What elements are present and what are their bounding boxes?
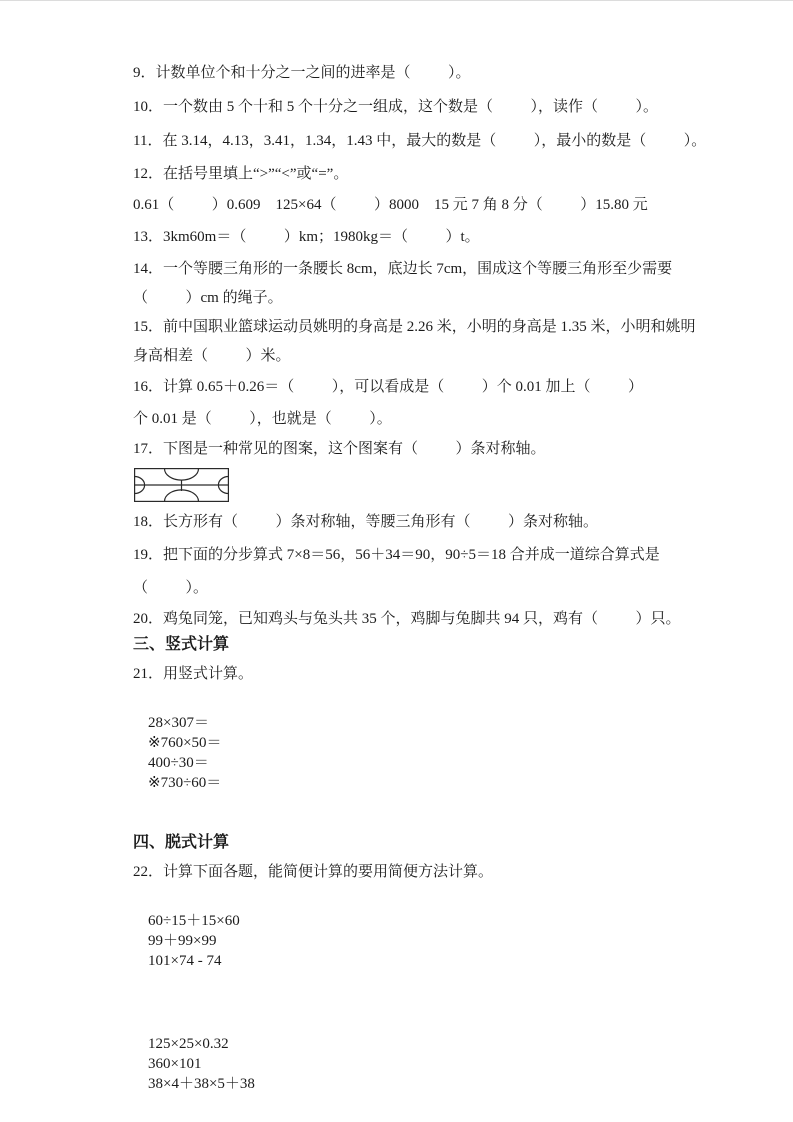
figure-top-arc (165, 469, 199, 481)
question-19-line2: （ ）。 (133, 578, 208, 598)
question-14-line2: （ ）cm 的绳子。 (133, 288, 283, 308)
page-top-border (0, 0, 793, 1)
question-12-compare-row: 0.61（ ）0.609 125×64（ ）8000 15 元 7 角 8 分（… (133, 195, 648, 215)
calc-problem: 60÷15＋15×60 (148, 911, 240, 931)
question-14-line1: 14．一个等腰三角形的一条腰长 8cm，底边长 7cm，围成这个等腰三角形至少需… (133, 259, 672, 279)
stepwise-calc-row-2: 125×25×0.32 360×101 38×4＋38×5＋38 (133, 1014, 293, 1114)
question-15-line2: 身高相差（ ）米。 (133, 346, 291, 366)
section-4-heading: 四、脱式计算 (133, 833, 229, 853)
question-10: 10．一个数由 5 个十和 5 个十分之一组成，这个数是（ ），读作（ ）。 (133, 97, 658, 117)
question-11: 11．在 3.14，4.13，3.41，1.34，1.43 中，最大的数是（ ）… (133, 131, 706, 151)
vertical-calc-row: 28×307＝ ※760×50＝ 400÷30＝ ※730÷60＝ (133, 693, 262, 813)
question-21: 21．用竖式计算。 (133, 664, 253, 684)
symmetry-pattern-figure (134, 468, 229, 502)
calc-problem: ※730÷60＝ (148, 773, 221, 793)
calc-problem: 99＋99×99 (148, 931, 216, 951)
question-9: 9．计数单位个和十分之一之间的进率是（ ）。 (133, 63, 471, 83)
stepwise-calc-row-1: 60÷15＋15×60 99＋99×99 101×74 - 74 (133, 891, 278, 991)
question-19-line1: 19．把下面的分步算式 7×8＝56，56＋34＝90，90÷5＝18 合并成一… (133, 545, 660, 565)
question-13: 13．3km60m＝（ ）km；1980kg＝（ ）t。 (133, 227, 480, 247)
calc-problem: 400÷30＝ (148, 753, 209, 773)
calc-problem: 101×74 - 74 (148, 951, 221, 971)
question-16-line2: 个 0.01 是（ ），也就是（ ）。 (133, 409, 392, 429)
figure-bottom-arc (165, 490, 199, 502)
question-15-line1: 15．前中国职业篮球运动员姚明的身高是 2.26 米，小明的身高是 1.35 米… (133, 317, 696, 337)
question-12: 12．在括号里填上“>”“<”或“=”。 (133, 164, 348, 184)
calc-problem: ※760×50＝ (148, 733, 222, 753)
calc-problem: 125×25×0.32 (148, 1034, 229, 1054)
question-16-line1: 16．计算 0.65＋0.26＝（ ），可以看成是（ ）个 0.01 加上（ ） (133, 377, 643, 397)
question-18: 18．长方形有（ ）条对称轴，等腰三角形有（ ）条对称轴。 (133, 512, 598, 532)
calc-problem: 38×4＋38×5＋38 (148, 1074, 255, 1094)
calc-problem: 28×307＝ (148, 713, 209, 733)
question-22: 22．计算下面各题，能简便计算的要用简便方法计算。 (133, 862, 493, 882)
section-3-heading: 三、竖式计算 (133, 635, 229, 655)
worksheet-page: 9．计数单位个和十分之一之间的进率是（ ）。 10．一个数由 5 个十和 5 个… (0, 0, 793, 1122)
question-17: 17．下图是一种常见的图案，这个图案有（ ）条对称轴。 (133, 439, 546, 459)
calc-problem: 360×101 (148, 1054, 201, 1074)
question-20: 20．鸡兔同笼，已知鸡头与兔头共 35 个，鸡脚与兔脚共 94 只，鸡有（ ）只… (133, 609, 681, 629)
